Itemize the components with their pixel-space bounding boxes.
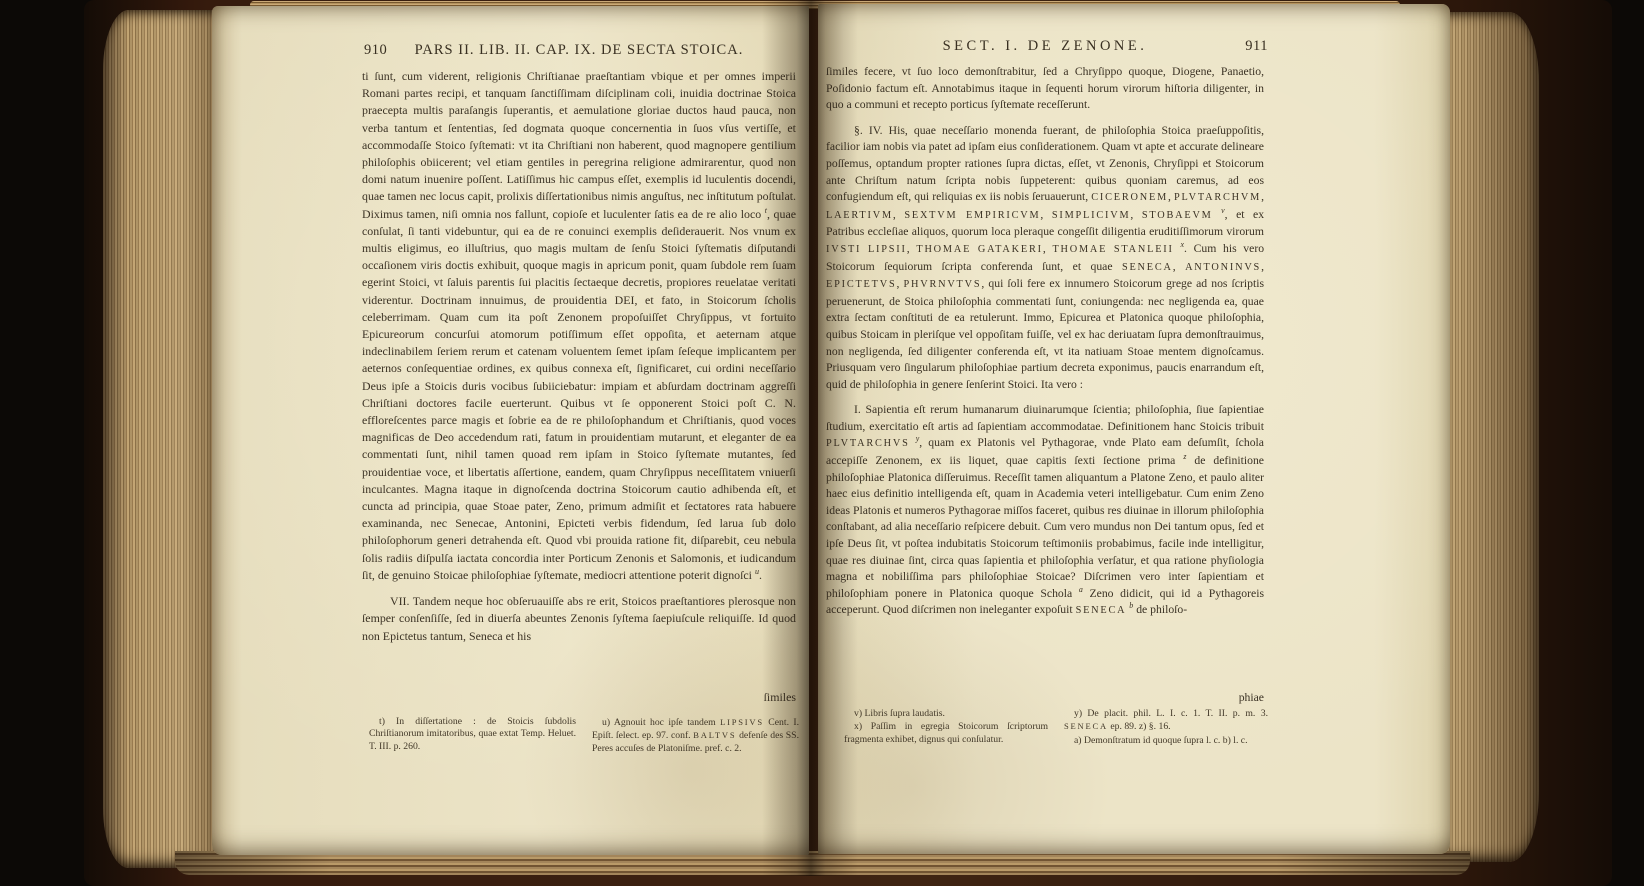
footnote: u) Agnouit hoc ipſe tandem LIPSIVS Cent.… (592, 716, 799, 755)
footnote-column: u) Agnouit hoc ipſe tandem LIPSIVS Cent.… (592, 716, 799, 756)
footnote-column: v) Libris ſupra laudatis. x) Paſſim in e… (844, 708, 1048, 748)
body-paragraph: ſimiles fecere, vt ſuo loco demonſtrabit… (826, 64, 1264, 114)
body-paragraph: ti ſunt, cum viderent, religionis Chriſt… (362, 68, 796, 584)
footnote-column: y) De placit. phil. L. I. c. 1. T. II. p… (1064, 708, 1268, 748)
page-stack-left-fore-edge (103, 10, 215, 868)
running-title-left: PARS II. LIB. II. CAP. IX. DE SECTA STOI… (415, 42, 744, 58)
body-text-right: ſimiles fecere, vt ſuo loco demonſtrabit… (826, 64, 1264, 692)
footnote: a) Demonſtratum id quoque ſupra l. c. b)… (1064, 735, 1268, 747)
catchword-left: ſimiles (362, 690, 796, 705)
body-paragraph: Decreta Stoicorum de philoſophia in gene… (826, 123, 1264, 394)
page-right: SECT. I. DE ZENONE. 911 ſimiles fecere, … (818, 4, 1450, 854)
running-head-left: 910 PARS II. LIB. II. CAP. IX. DE SECTA … (362, 42, 796, 59)
body-text-left: ti ſunt, cum viderent, religionis Chriſt… (362, 68, 796, 690)
body-paragraph: VII. Stoici diſſentientes. VII. Tandem n… (362, 593, 796, 645)
body-paragraph: I. Sapientia eſt rerum humanarum diuinar… (826, 402, 1264, 620)
footnotes-right: v) Libris ſupra laudatis. x) Paſſim in e… (844, 708, 1268, 748)
footnotes-left: t) In diſſertatione : de Stoicis ſubdoli… (369, 716, 799, 756)
footnote: x) Paſſim in egregia Stoicorum ſcriptoru… (844, 721, 1048, 746)
footnote: t) In diſſertatione : de Stoicis ſubdoli… (369, 716, 576, 753)
catchword-right: phiae (826, 691, 1264, 704)
running-head-right: SECT. I. DE ZENONE. 911 (826, 38, 1264, 55)
book-photo: 910 PARS II. LIB. II. CAP. IX. DE SECTA … (0, 0, 1644, 886)
footnote: v) Libris ſupra laudatis. (844, 708, 1048, 720)
page-stack-right-fore-edge (1447, 12, 1539, 862)
footnote-column: t) In diſſertatione : de Stoicis ſubdoli… (369, 716, 576, 756)
page-number-left: 910 (364, 42, 387, 59)
running-title-right: SECT. I. DE ZENONE. (943, 38, 1148, 54)
footnote: y) De placit. phil. L. I. c. 1. T. II. p… (1064, 708, 1268, 734)
page-number-right: 911 (1245, 38, 1268, 55)
page-left: 910 PARS II. LIB. II. CAP. IX. DE SECTA … (212, 6, 809, 855)
